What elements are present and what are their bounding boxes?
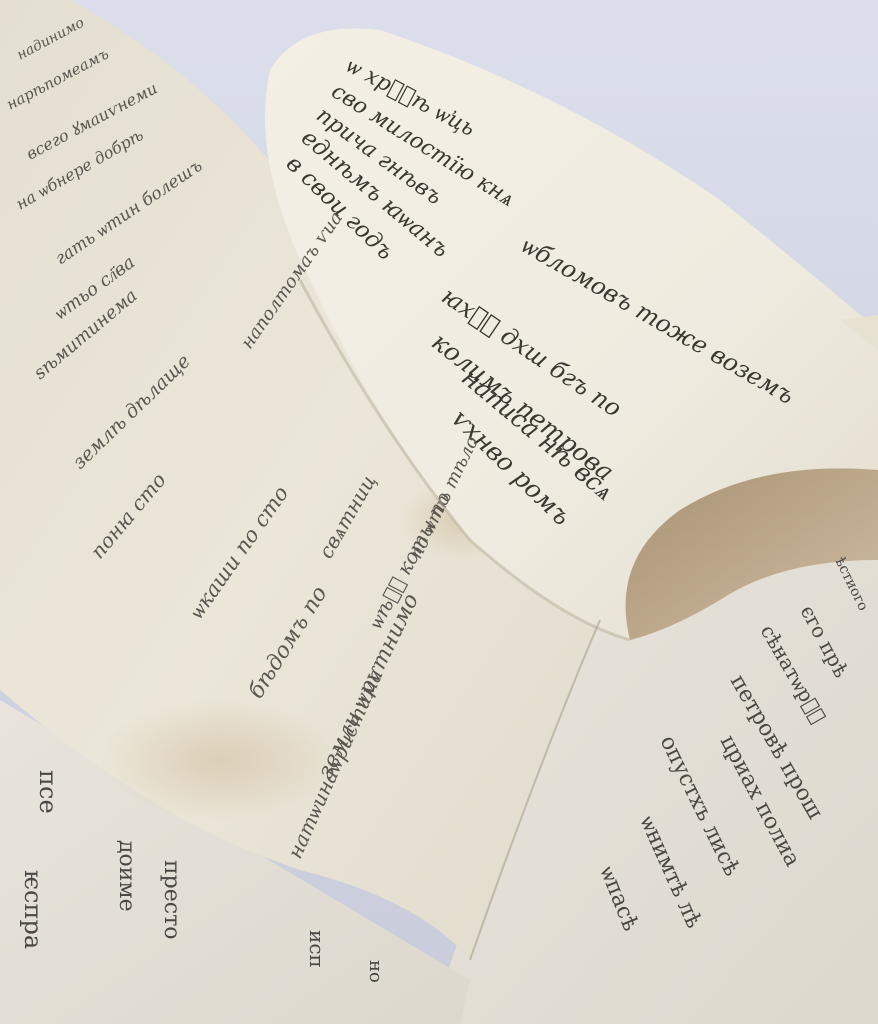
svg-text:исп: исп — [305, 930, 329, 968]
svg-text:ѥспра: ѥспра — [19, 870, 47, 949]
svg-text:доиме: доиме — [114, 840, 139, 912]
photo-scene: ѡ хрⷭ҇ѣ ѡ҆ць сво милостїю кнѧ прича гнѣв… — [0, 0, 878, 1024]
manuscript-illustration: ѡ хрⷭ҇ѣ ѡ҆ць сво милостїю кнѧ прича гнѣв… — [0, 0, 878, 1024]
svg-text:но: но — [365, 960, 386, 983]
svg-text:псе: псе — [34, 770, 62, 814]
svg-text:престо: престо — [159, 860, 184, 940]
